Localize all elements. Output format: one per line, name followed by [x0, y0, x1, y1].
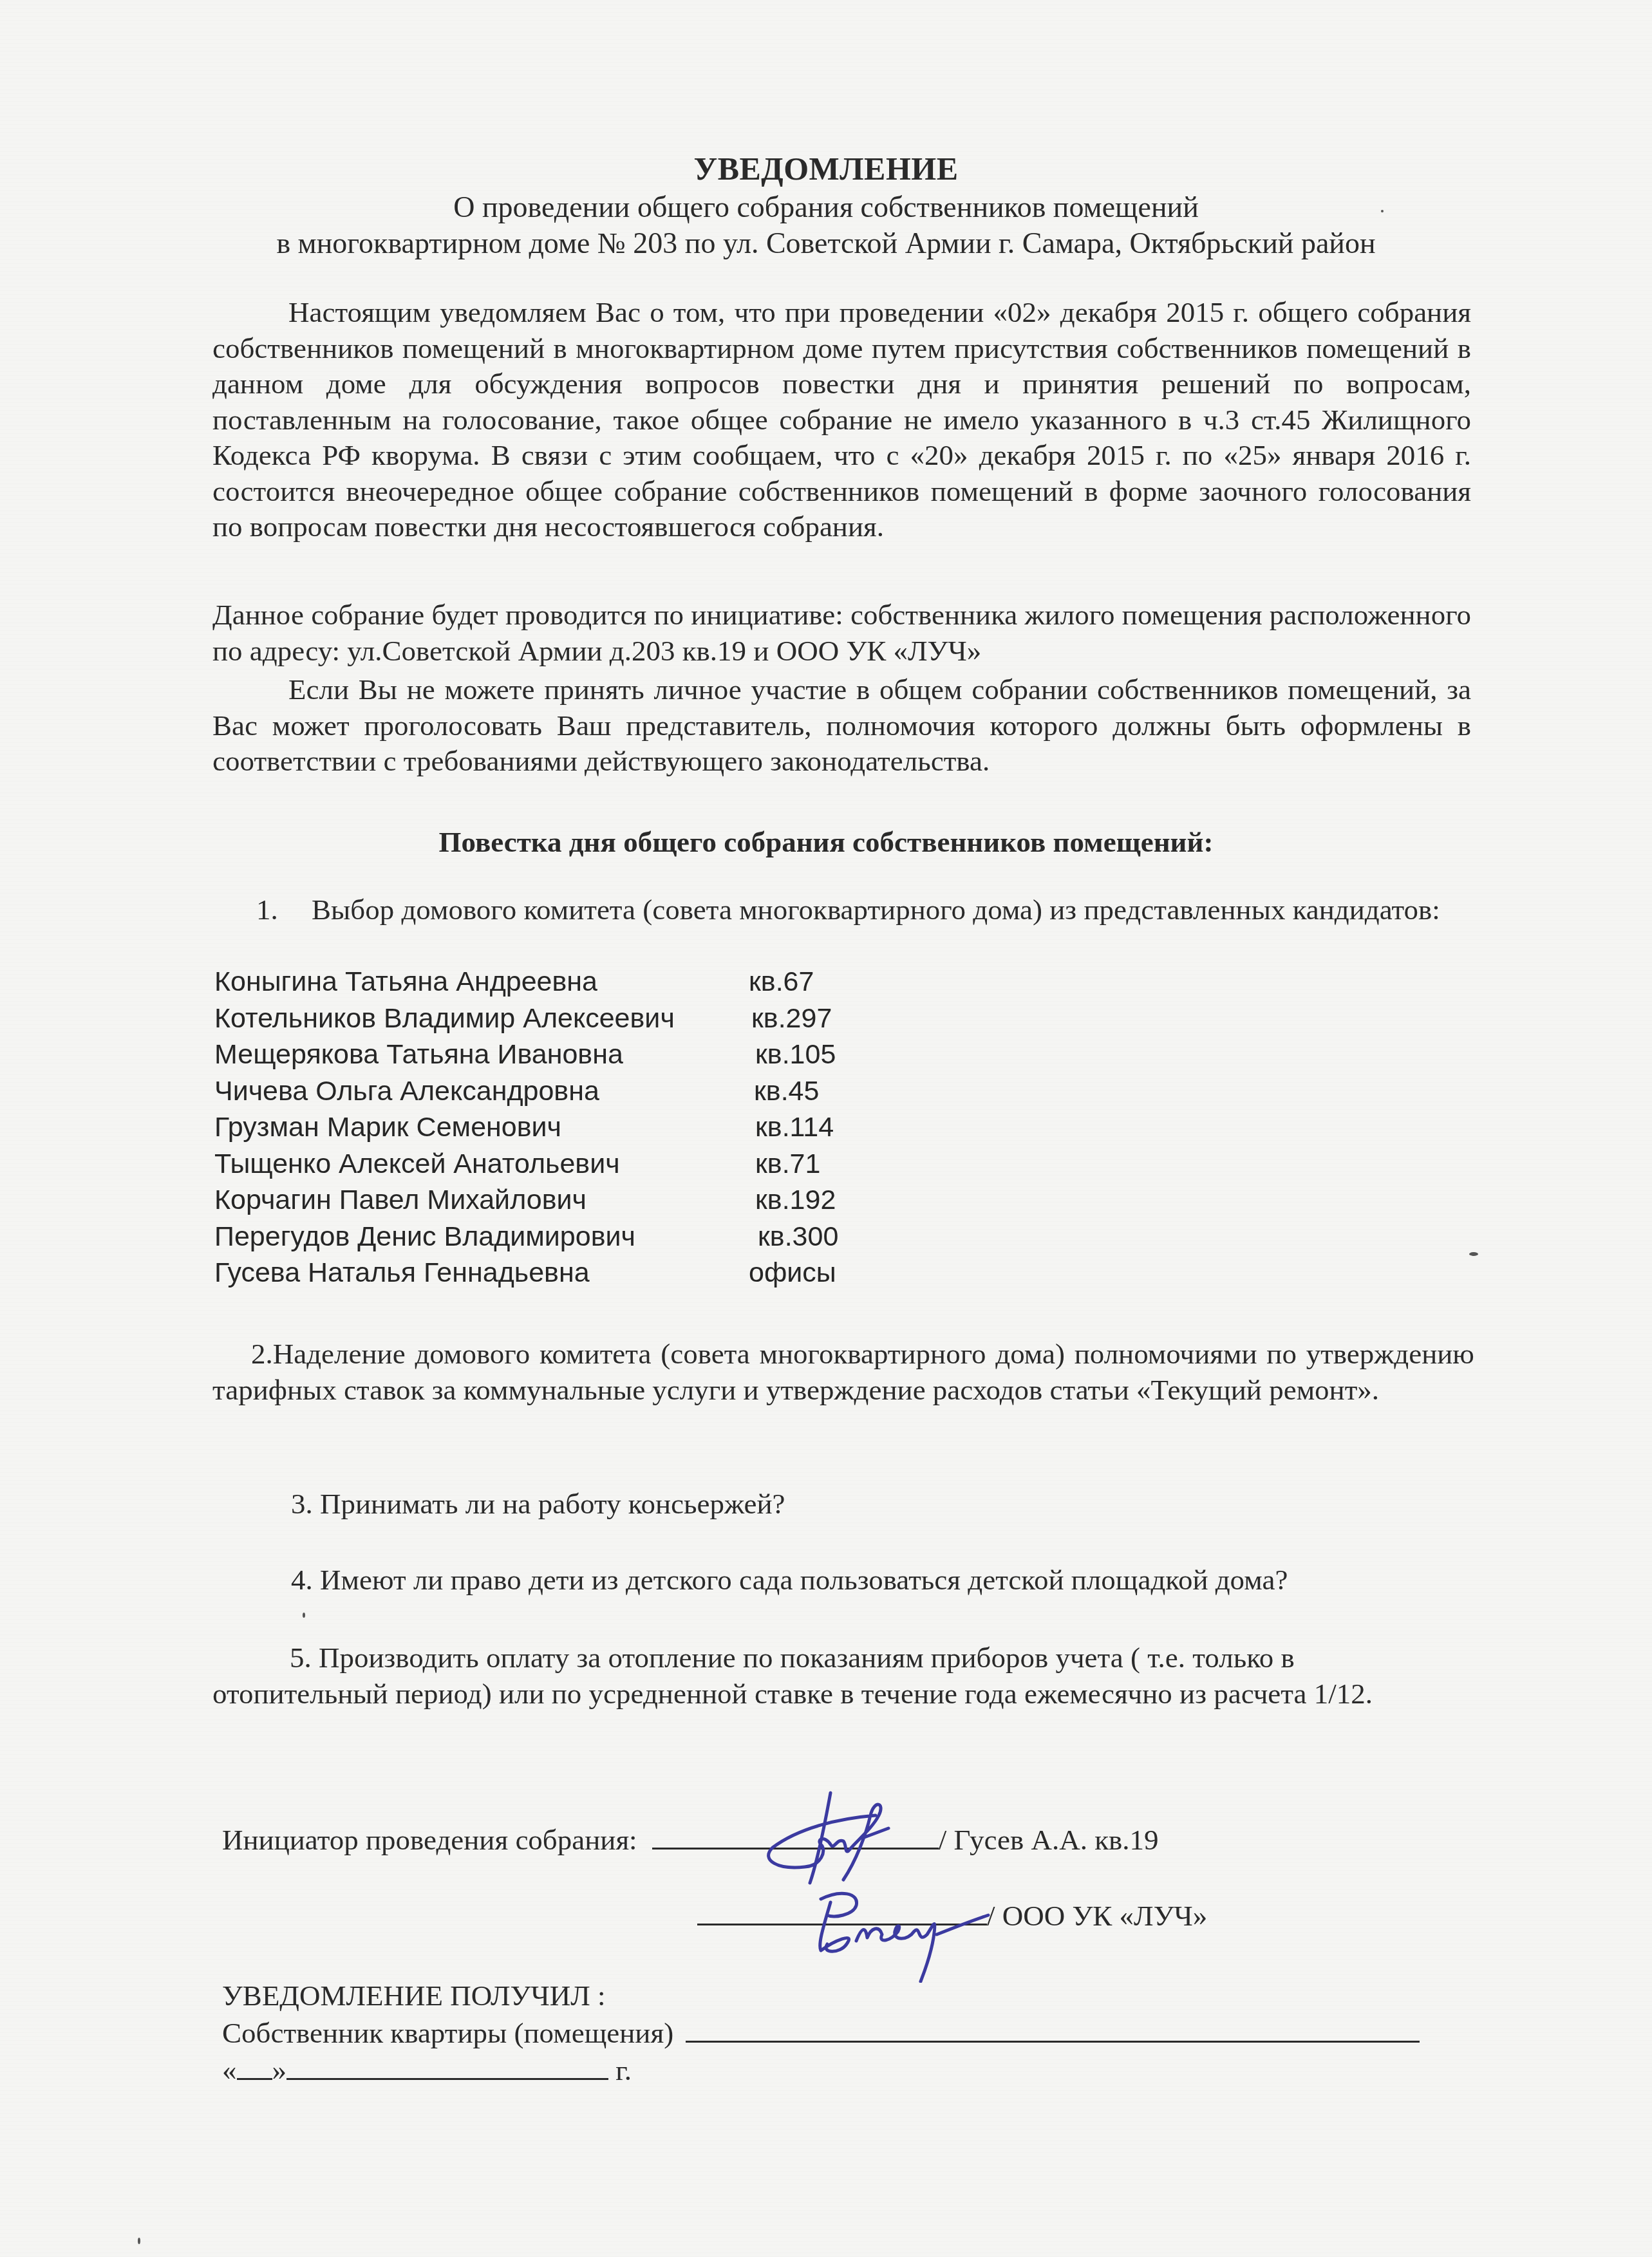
scan-speck [1381, 210, 1384, 212]
candidate-apartment: офисы [749, 1255, 836, 1291]
agenda-item-2: 2.Наделение домового комитета (совета мн… [212, 1336, 1474, 1408]
owner-label: Собственник квартиры (помещения) [222, 2017, 673, 2049]
document-subtitle-line1: О проведении общего собрания собственник… [0, 189, 1652, 225]
owner-signature-field[interactable] [686, 2040, 1420, 2043]
date-day-field[interactable] [237, 2077, 272, 2080]
candidate-apartment: кв.71 [755, 1146, 820, 1183]
candidate-apartment: кв.297 [751, 1000, 832, 1037]
intro-paragraph-text: Настоящим уведомляем Вас о том, что при … [212, 295, 1471, 545]
date-year-suffix: г. [615, 2054, 632, 2086]
scan-speck [138, 2238, 140, 2244]
scan-speck [1469, 1252, 1478, 1256]
receipt-title: УВЕДОМЛЕНИЕ ПОЛУЧИЛ : [222, 1978, 605, 2014]
initiative-paragraph-text: Данное собрание будет проводится по иниц… [212, 597, 1471, 669]
document-title: УВЕДОМЛЕНИЕ [0, 149, 1652, 188]
company-signature-blank [697, 1923, 987, 1925]
candidate-apartment: кв.192 [755, 1182, 836, 1219]
initiator-signature-blank [652, 1847, 939, 1850]
agenda-item-1-number: 1. [256, 892, 278, 928]
date-open-quote: « [222, 2054, 237, 2086]
agenda-item-2-text: 2.Наделение домового комитета (совета мн… [212, 1336, 1474, 1408]
candidate-name: Корчагин Павел Михайлович [214, 1182, 587, 1219]
company-name: / ООО УК «ЛУЧ» [987, 1900, 1207, 1932]
date-close-quote: » [272, 2054, 287, 2086]
scan-speck [303, 1613, 305, 1618]
scanned-document-page: УВЕДОМЛЕНИЕ О проведении общего собрания… [0, 0, 1652, 2257]
agenda-item-1: 1. Выбор домового комитета (совета много… [256, 892, 1479, 928]
candidate-apartment: кв.105 [755, 1036, 836, 1073]
proxy-paragraph: Если Вы не можете принять личное участие… [212, 672, 1471, 780]
receipt-date-line: «» г. [222, 2052, 632, 2088]
candidate-apartment: кв.45 [754, 1073, 819, 1110]
agenda-item-5-text: 5. Производить оплату за отопление по по… [212, 1640, 1474, 1712]
candidate-name: Мещерякова Татьяна Ивановна [214, 1036, 623, 1073]
proxy-paragraph-text: Если Вы не можете принять личное участие… [212, 672, 1471, 780]
candidate-name: Грузман Марик Семенович [214, 1109, 561, 1146]
agenda-heading: Повестка дня общего собрания собственник… [0, 824, 1652, 860]
owner-signature-line: Собственник квартиры (помещения) [222, 2015, 1420, 2051]
document-subtitle-line2: в многоквартирном доме № 203 по ул. Сове… [0, 225, 1652, 261]
candidate-apartment: кв.300 [758, 1219, 838, 1255]
agenda-item-4: 4. Имеют ли право дети из детского сада … [291, 1562, 1288, 1598]
company-signature-line: / ООО УК «ЛУЧ» [697, 1898, 1207, 1934]
candidate-name: Коныгина Татьяна Андреевна [214, 964, 597, 1000]
agenda-item-5: 5. Производить оплату за отопление по по… [212, 1640, 1474, 1712]
intro-paragraph: Настоящим уведомляем Вас о том, что при … [212, 295, 1471, 545]
candidate-apartment: кв.114 [755, 1109, 834, 1146]
agenda-item-3: 3. Принимать ли на работу консьержей? [291, 1486, 785, 1522]
initiator-signature-line: Инициатор проведения собрания: / Гусев А… [222, 1822, 1159, 1858]
initiator-label: Инициатор проведения собрания: [222, 1824, 637, 1856]
initiator-name: / Гусев А.А. кв.19 [939, 1824, 1159, 1856]
initiative-paragraph: Данное собрание будет проводится по иниц… [212, 597, 1471, 669]
date-month-year-field[interactable] [286, 2077, 608, 2080]
candidate-name: Тыщенко Алексей Анатольевич [214, 1146, 620, 1183]
agenda-item-1-text: Выбор домового комитета (совета многоква… [312, 892, 1479, 928]
candidate-apartment: кв.67 [749, 964, 814, 1000]
candidate-name: Чичева Ольга Александровна [214, 1073, 599, 1110]
candidate-name: Гусева Наталья Геннадьевна [214, 1255, 590, 1291]
candidate-name: Перегудов Денис Владимирович [214, 1219, 635, 1255]
candidate-name: Котельников Владимир Алексеевич [214, 1000, 675, 1037]
